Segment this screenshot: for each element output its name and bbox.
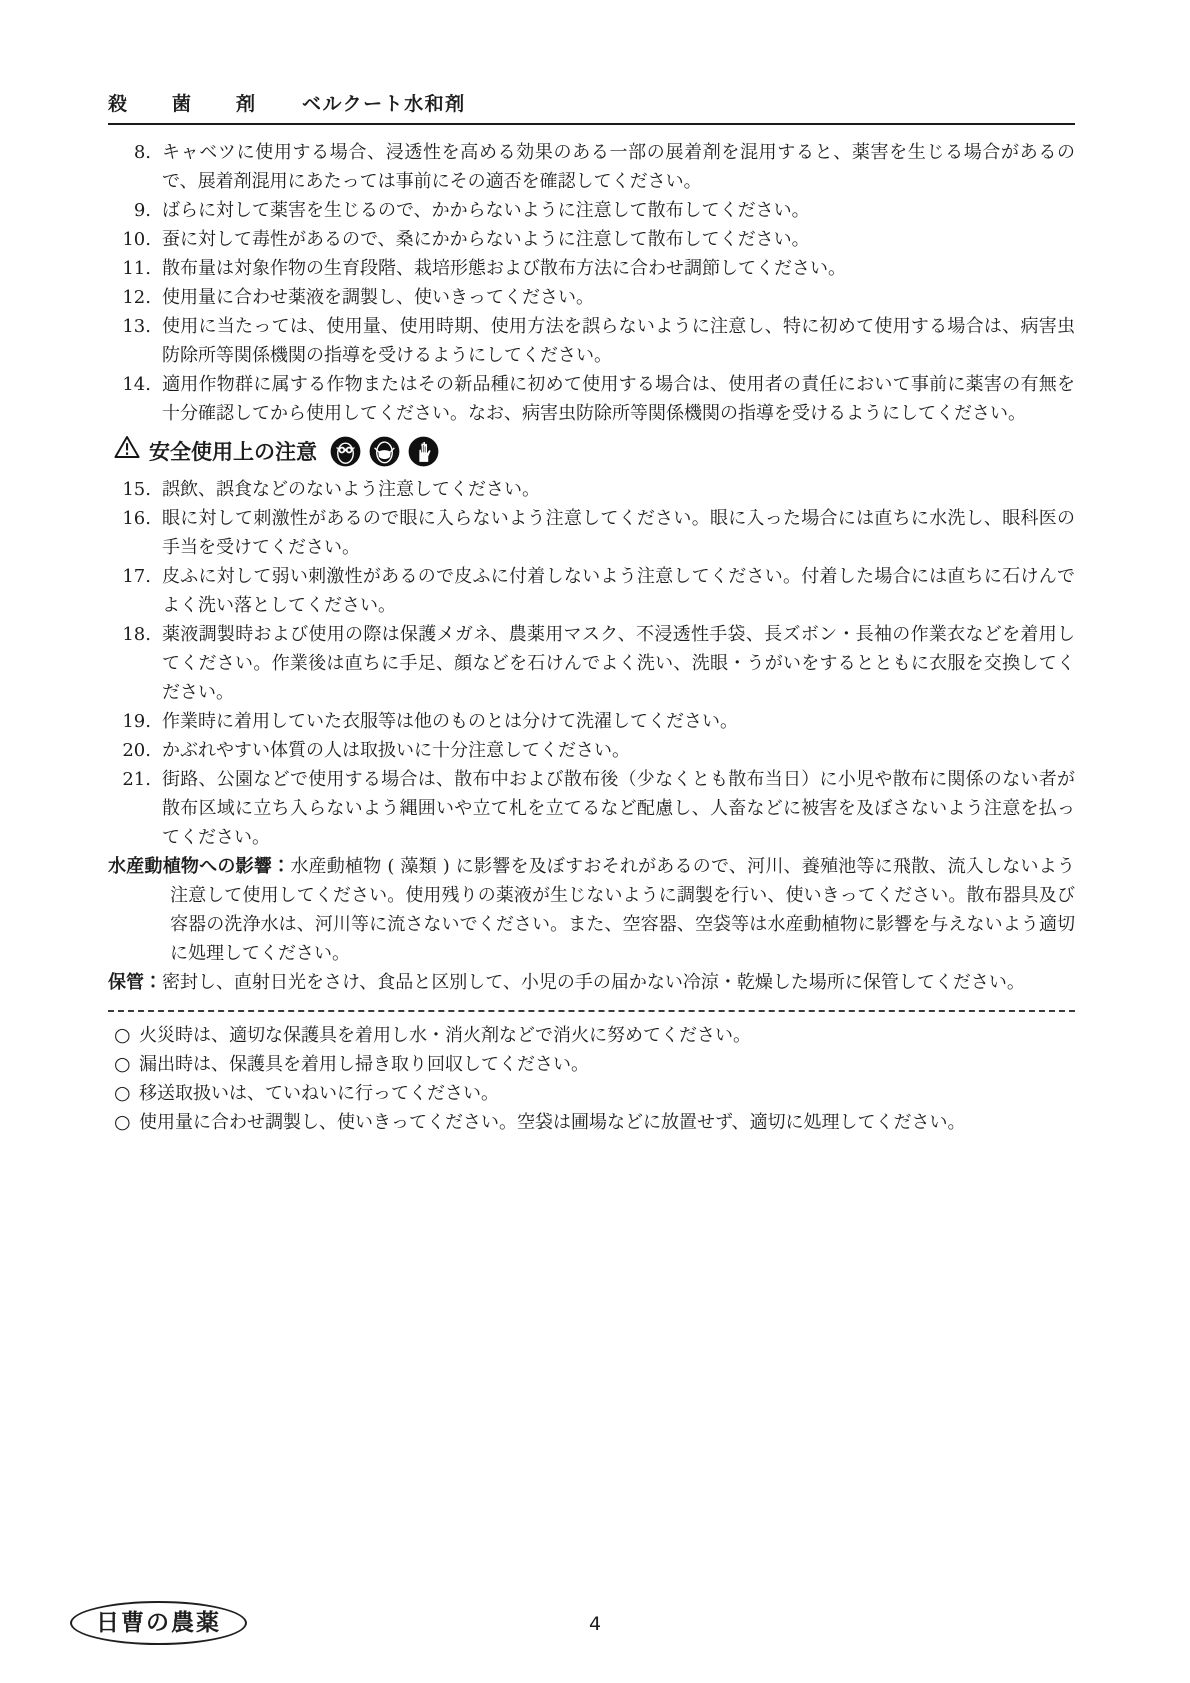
item-text: 使用量に合わせ薬液を調製し、使いきってください。: [162, 283, 1075, 312]
list-item: 15.誤飲、誤食などのないよう注意してください。: [108, 475, 1075, 504]
item-text: 漏出時は、保護具を着用し掃き取り回収してください。: [139, 1050, 1075, 1079]
face-mask-icon: [369, 436, 400, 467]
list-item: ○移送取扱いは、ていねいに行ってください。: [114, 1079, 1075, 1108]
list-item: 9.ばらに対して薬害を生じるので、かからないように注意して散布してください。: [108, 196, 1075, 225]
list-item: ○漏出時は、保護具を着用し掃き取り回収してください。: [114, 1050, 1075, 1079]
storage-label: 保管：: [108, 972, 162, 993]
item-number: 17.: [108, 562, 162, 620]
item-text: キャベツに使用する場合、浸透性を高める効果のある一部の展着剤を混用すると、薬害を…: [162, 138, 1075, 196]
protective-goggles-icon: [330, 436, 361, 467]
storage-text: 密封し、直射日光をさけ、食品と区別して、小児の手の届かない冷涼・乾燥した場所に保…: [162, 972, 1025, 993]
list-item: 11.散布量は対象作物の生育段階、栽培形態および散布方法に合わせ調節してください…: [108, 254, 1075, 283]
item-text: 皮ふに対して弱い刺激性があるので皮ふに付着しないよう注意してください。付着した場…: [162, 562, 1075, 620]
product-category: 殺 菌 剤: [108, 92, 268, 116]
item-number: 12.: [108, 283, 162, 312]
list-item: 17.皮ふに対して弱い刺激性があるので皮ふに付着しないよう注意してください。付着…: [108, 562, 1075, 620]
list-item: ○火災時は、適切な保護具を着用し水・消火剤などで消火に努めてください。: [114, 1021, 1075, 1050]
circle-marker: ○: [114, 1021, 139, 1050]
warning-triangle-icon: [114, 435, 140, 468]
page-number: 4: [0, 1610, 1190, 1639]
item-number: 13.: [108, 312, 162, 370]
protective-gloves-icon: [408, 436, 439, 467]
page-header: 殺 菌 剤 ベルクート水和剤: [108, 92, 1075, 116]
header-rule: [108, 123, 1075, 125]
item-text: 使用量に合わせ調製し、使いきってください。空袋は圃場などに放置せず、適切に処理し…: [139, 1108, 1075, 1137]
list-item: 8.キャベツに使用する場合、浸透性を高める効果のある一部の展着剤を混用すると、薬…: [108, 138, 1075, 196]
list-item: 14.適用作物群に属する作物またはその新品種に初めて使用する場合は、使用者の責任…: [108, 370, 1075, 428]
item-number: 8.: [108, 138, 162, 196]
safety-items-list: 15.誤飲、誤食などのないよう注意してください。 16.眼に対して刺激性があるの…: [108, 475, 1075, 852]
item-number: 15.: [108, 475, 162, 504]
list-item: 13.使用に当たっては、使用量、使用時期、使用方法を誤らないように注意し、特に初…: [108, 312, 1075, 370]
list-item: ○使用量に合わせ調製し、使いきってください。空袋は圃場などに放置せず、適切に処理…: [114, 1108, 1075, 1137]
dotted-separator: [108, 1010, 1075, 1012]
precautions-list: 8.キャベツに使用する場合、浸透性を高める効果のある一部の展着剤を混用すると、薬…: [108, 138, 1075, 428]
aquatic-effects-text: 水産動植物 ( 藻類 ) に影響を及ぼすおそれがあるので、河川、養殖池等に飛散、…: [170, 856, 1075, 964]
item-text: ばらに対して薬害を生じるので、かからないように注意して散布してください。: [162, 196, 1075, 225]
list-item: 21.街路、公園などで使用する場合は、散布中および散布後（少なくとも散布当日）に…: [108, 765, 1075, 852]
item-text: 蚕に対して毒性があるので、桑にかからないように注意して散布してください。: [162, 225, 1075, 254]
item-number: 14.: [108, 370, 162, 428]
item-number: 20.: [108, 736, 162, 765]
emergency-notes-list: ○火災時は、適切な保護具を着用し水・消火剤などで消火に努めてください。 ○漏出時…: [108, 1021, 1075, 1137]
safety-section-heading: 安全使用上の注意: [114, 435, 1075, 468]
list-item: 12.使用量に合わせ薬液を調製し、使いきってください。: [108, 283, 1075, 312]
aquatic-effects-label: 水産動植物への影響：: [108, 856, 290, 877]
item-text: 散布量は対象作物の生育段階、栽培形態および散布方法に合わせ調節してください。: [162, 254, 1075, 283]
item-text: 移送取扱いは、ていねいに行ってください。: [139, 1079, 1075, 1108]
item-text: 誤飲、誤食などのないよう注意してください。: [162, 475, 1075, 504]
item-number: 11.: [108, 254, 162, 283]
safety-pictograms: [330, 436, 439, 467]
circle-marker: ○: [114, 1050, 139, 1079]
item-text: かぶれやすい体質の人は取扱いに十分注意してください。: [162, 736, 1075, 765]
item-number: 9.: [108, 196, 162, 225]
product-name: ベルクート水和剤: [302, 92, 466, 116]
item-text: 作業時に着用していた衣服等は他のものとは分けて洗濯してください。: [162, 707, 1075, 736]
item-number: 16.: [108, 504, 162, 562]
item-number: 19.: [108, 707, 162, 736]
circle-marker: ○: [114, 1079, 139, 1108]
list-item: 16.眼に対して刺激性があるので眼に入らないよう注意してください。眼に入った場合…: [108, 504, 1075, 562]
item-text: 適用作物群に属する作物またはその新品種に初めて使用する場合は、使用者の責任におい…: [162, 370, 1075, 428]
item-text: 火災時は、適切な保護具を着用し水・消火剤などで消火に努めてください。: [139, 1021, 1075, 1050]
item-number: 21.: [108, 765, 162, 852]
safety-heading-title: 安全使用上の注意: [149, 436, 317, 468]
storage-paragraph: 保管：密封し、直射日光をさけ、食品と区別して、小児の手の届かない冷涼・乾燥した場…: [108, 968, 1075, 997]
circle-marker: ○: [114, 1108, 139, 1137]
item-number: 18.: [108, 620, 162, 707]
item-text: 薬液調製時および使用の際は保護メガネ、農薬用マスク、不浸透性手袋、長ズボン・長袖…: [162, 620, 1075, 707]
list-item: 20.かぶれやすい体質の人は取扱いに十分注意してください。: [108, 736, 1075, 765]
item-text: 使用に当たっては、使用量、使用時期、使用方法を誤らないように注意し、特に初めて使…: [162, 312, 1075, 370]
list-item: 10.蚕に対して毒性があるので、桑にかからないように注意して散布してください。: [108, 225, 1075, 254]
document-page: 殺 菌 剤 ベルクート水和剤 8.キャベツに使用する場合、浸透性を高める効果のあ…: [0, 0, 1190, 1683]
list-item: 19.作業時に着用していた衣服等は他のものとは分けて洗濯してください。: [108, 707, 1075, 736]
list-item: 18.薬液調製時および使用の際は保護メガネ、農薬用マスク、不浸透性手袋、長ズボン…: [108, 620, 1075, 707]
item-number: 10.: [108, 225, 162, 254]
item-text: 眼に対して刺激性があるので眼に入らないよう注意してください。眼に入った場合には直…: [162, 504, 1075, 562]
aquatic-effects-paragraph: 水産動植物への影響：水産動植物 ( 藻類 ) に影響を及ぼすおそれがあるので、河…: [108, 852, 1075, 968]
item-text: 街路、公園などで使用する場合は、散布中および散布後（少なくとも散布当日）に小児や…: [162, 765, 1075, 852]
